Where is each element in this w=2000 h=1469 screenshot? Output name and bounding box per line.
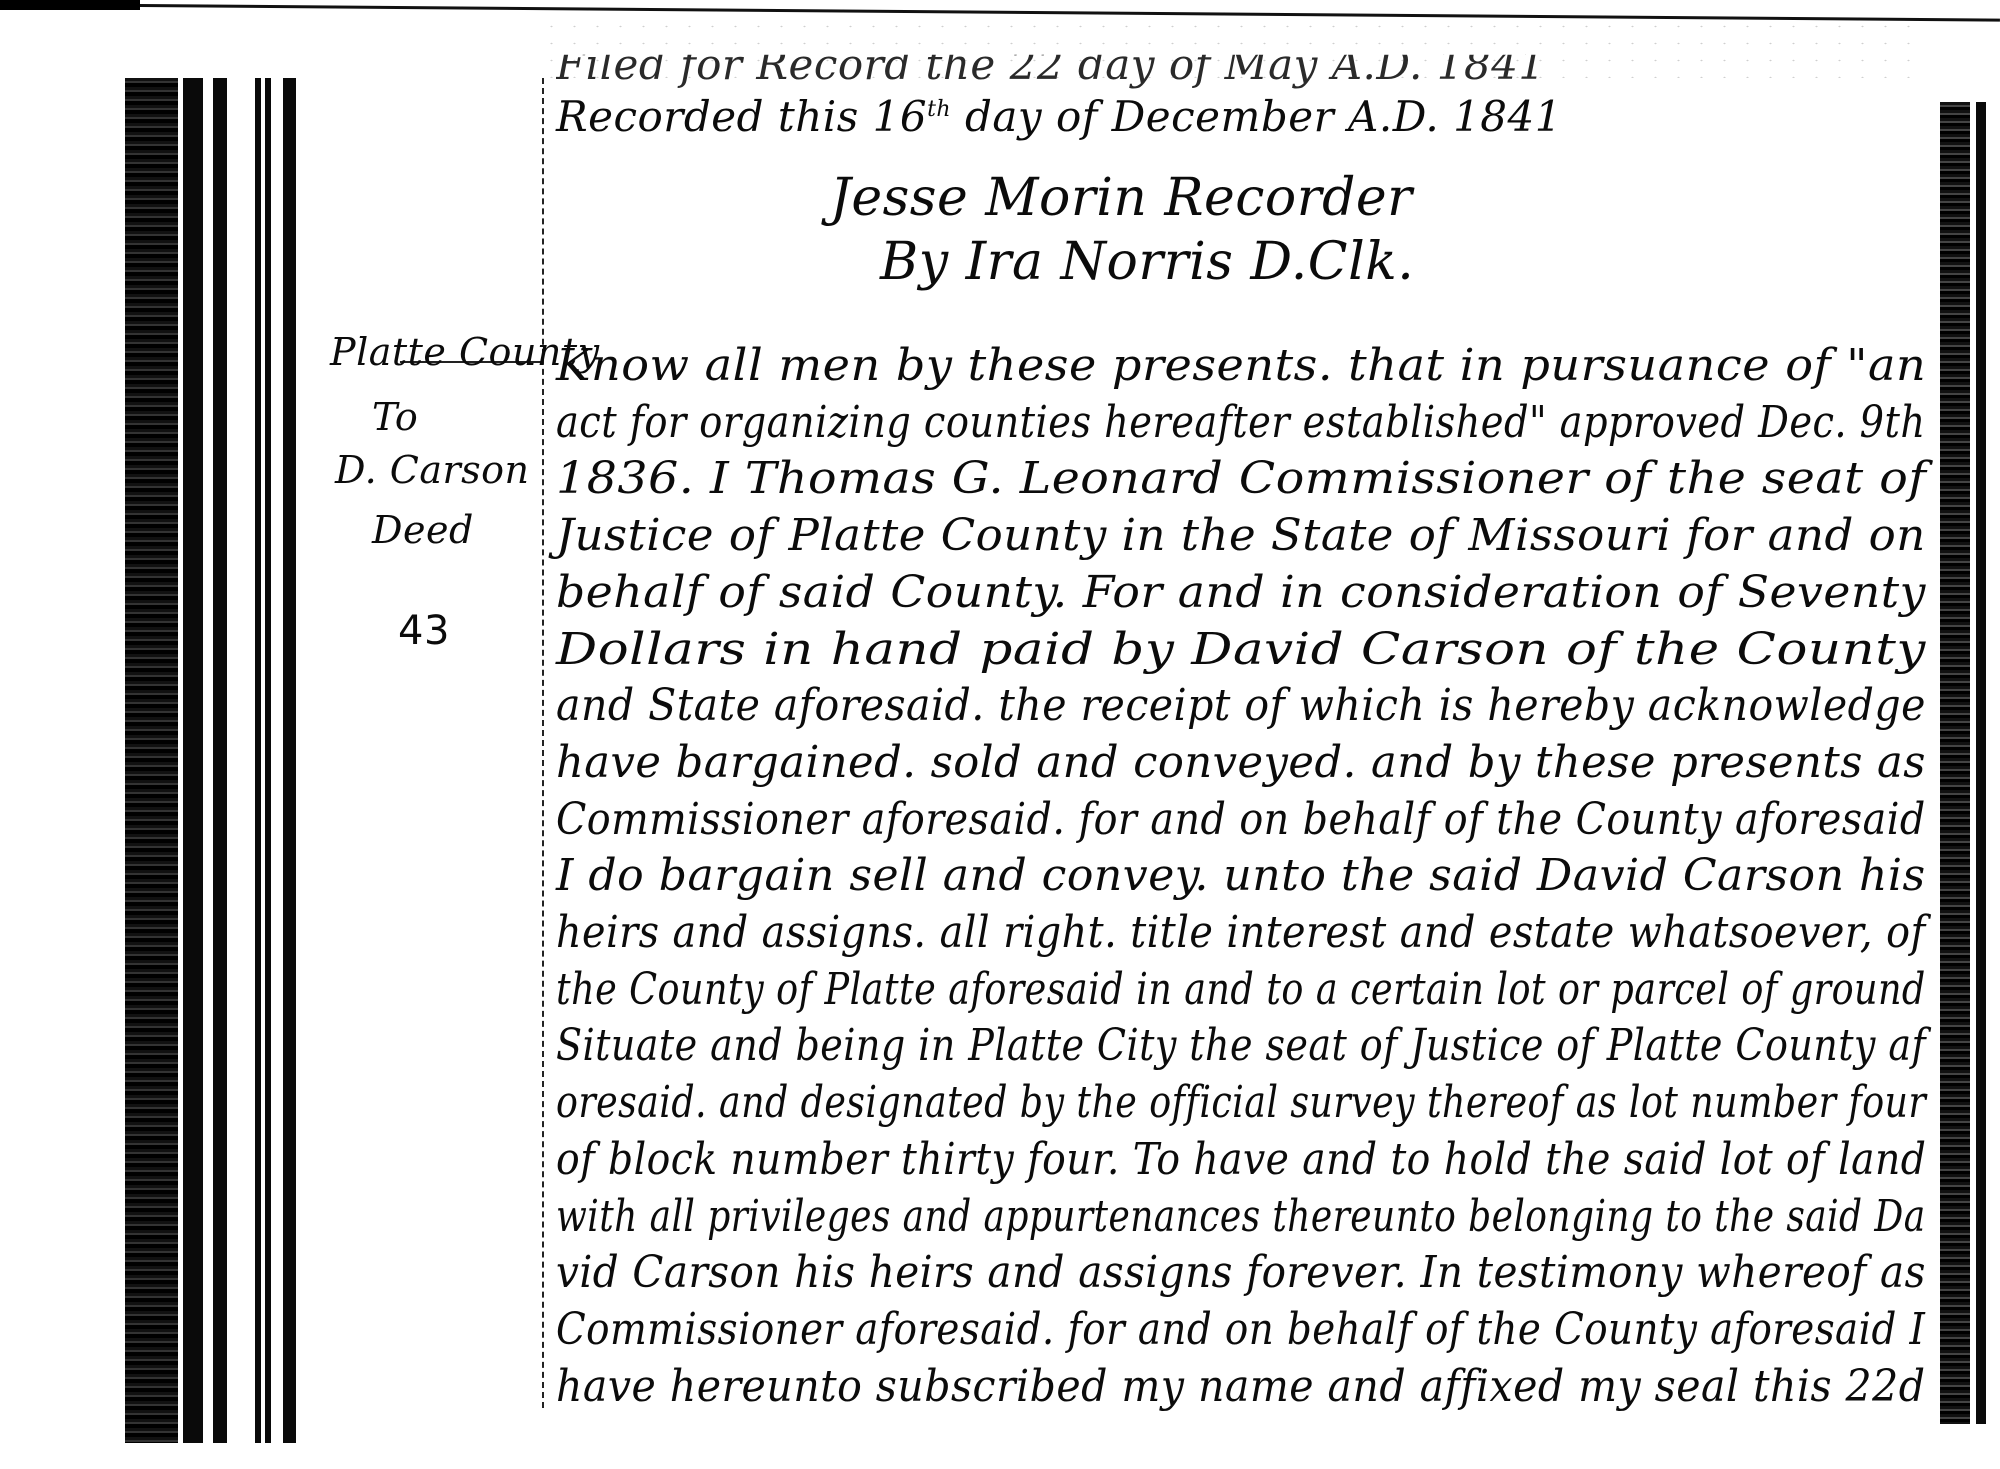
deed-text-line: Justice of Platte County in the State of…: [556, 510, 1926, 561]
recorded-line: Recorded this 16th day of December A.D. …: [556, 92, 1562, 141]
binding-stripe: [1940, 102, 1970, 1424]
deed-text-line: 1836. I Thomas G. Leonard Commissioner o…: [556, 453, 1926, 504]
deed-text-line: oresaid. and designated by the official …: [556, 1077, 1926, 1128]
margin-to: To: [372, 395, 418, 439]
recorded-prefix: Recorded this 16: [556, 92, 927, 141]
margin-rule: [542, 78, 544, 1408]
deed-text-line: Commissioner aforesaid. for and on behal…: [556, 1304, 1925, 1355]
deed-text-line: have hereunto subscribed my name and aff…: [556, 1361, 1925, 1412]
margin-page-number: 43: [398, 608, 450, 654]
deed-text-line: and State aforesaid. the receipt of whic…: [556, 680, 1926, 731]
recorded-suffix: day of December A.D. 1841: [965, 92, 1562, 141]
deed-text-line: I do bargain sell and convey. unto the s…: [556, 850, 1926, 901]
binding-stripe: [125, 78, 178, 1443]
deed-text-line: the County of Platte aforesaid in and to…: [556, 964, 1926, 1015]
deed-text-line: Commissioner aforesaid. for and on behal…: [556, 794, 1926, 845]
binding-stripe: [183, 78, 203, 1443]
binding-stripe: [213, 78, 227, 1443]
margin-grantee: D. Carson: [335, 448, 530, 492]
binding-stripe: [265, 78, 271, 1443]
deed-text-line: Know all men by these presents. that in …: [556, 340, 1926, 391]
recorder-signature: Jesse Morin Recorder: [830, 168, 1412, 228]
clerk-signature: By Ira Norris D.Clk.: [880, 232, 1414, 292]
deed-text-line: of block number thirty four. To have and…: [556, 1134, 1926, 1185]
recorded-ordinal: th: [927, 97, 951, 122]
scanner-edge: [0, 0, 140, 10]
binding-stripe: [283, 78, 296, 1443]
deed-text-line: behalf of said County. For and in consid…: [556, 567, 1926, 618]
margin-instrument-type: Deed: [372, 508, 474, 552]
binding-stripe: [255, 78, 261, 1443]
deed-text-line: act for organizing counties hereafter es…: [556, 397, 1926, 448]
deed-text-line: with all privileges and appurtenances th…: [556, 1191, 1926, 1242]
binding-stripes-right: [1940, 102, 1990, 1424]
deed-text-line: vid Carson his heirs and assigns forever…: [556, 1247, 1926, 1298]
deed-text-line: have bargained. sold and conveyed. and b…: [556, 737, 1926, 788]
binding-stripe: [1976, 102, 1986, 1424]
binding-stripes-left: [125, 78, 300, 1443]
deed-text-line: Dollars in hand paid by David Carson of …: [556, 624, 1926, 675]
deed-text-line: Situate and being in Platte City the sea…: [556, 1020, 1926, 1071]
deed-text-line: heirs and assigns. all right. title inte…: [556, 907, 1926, 958]
